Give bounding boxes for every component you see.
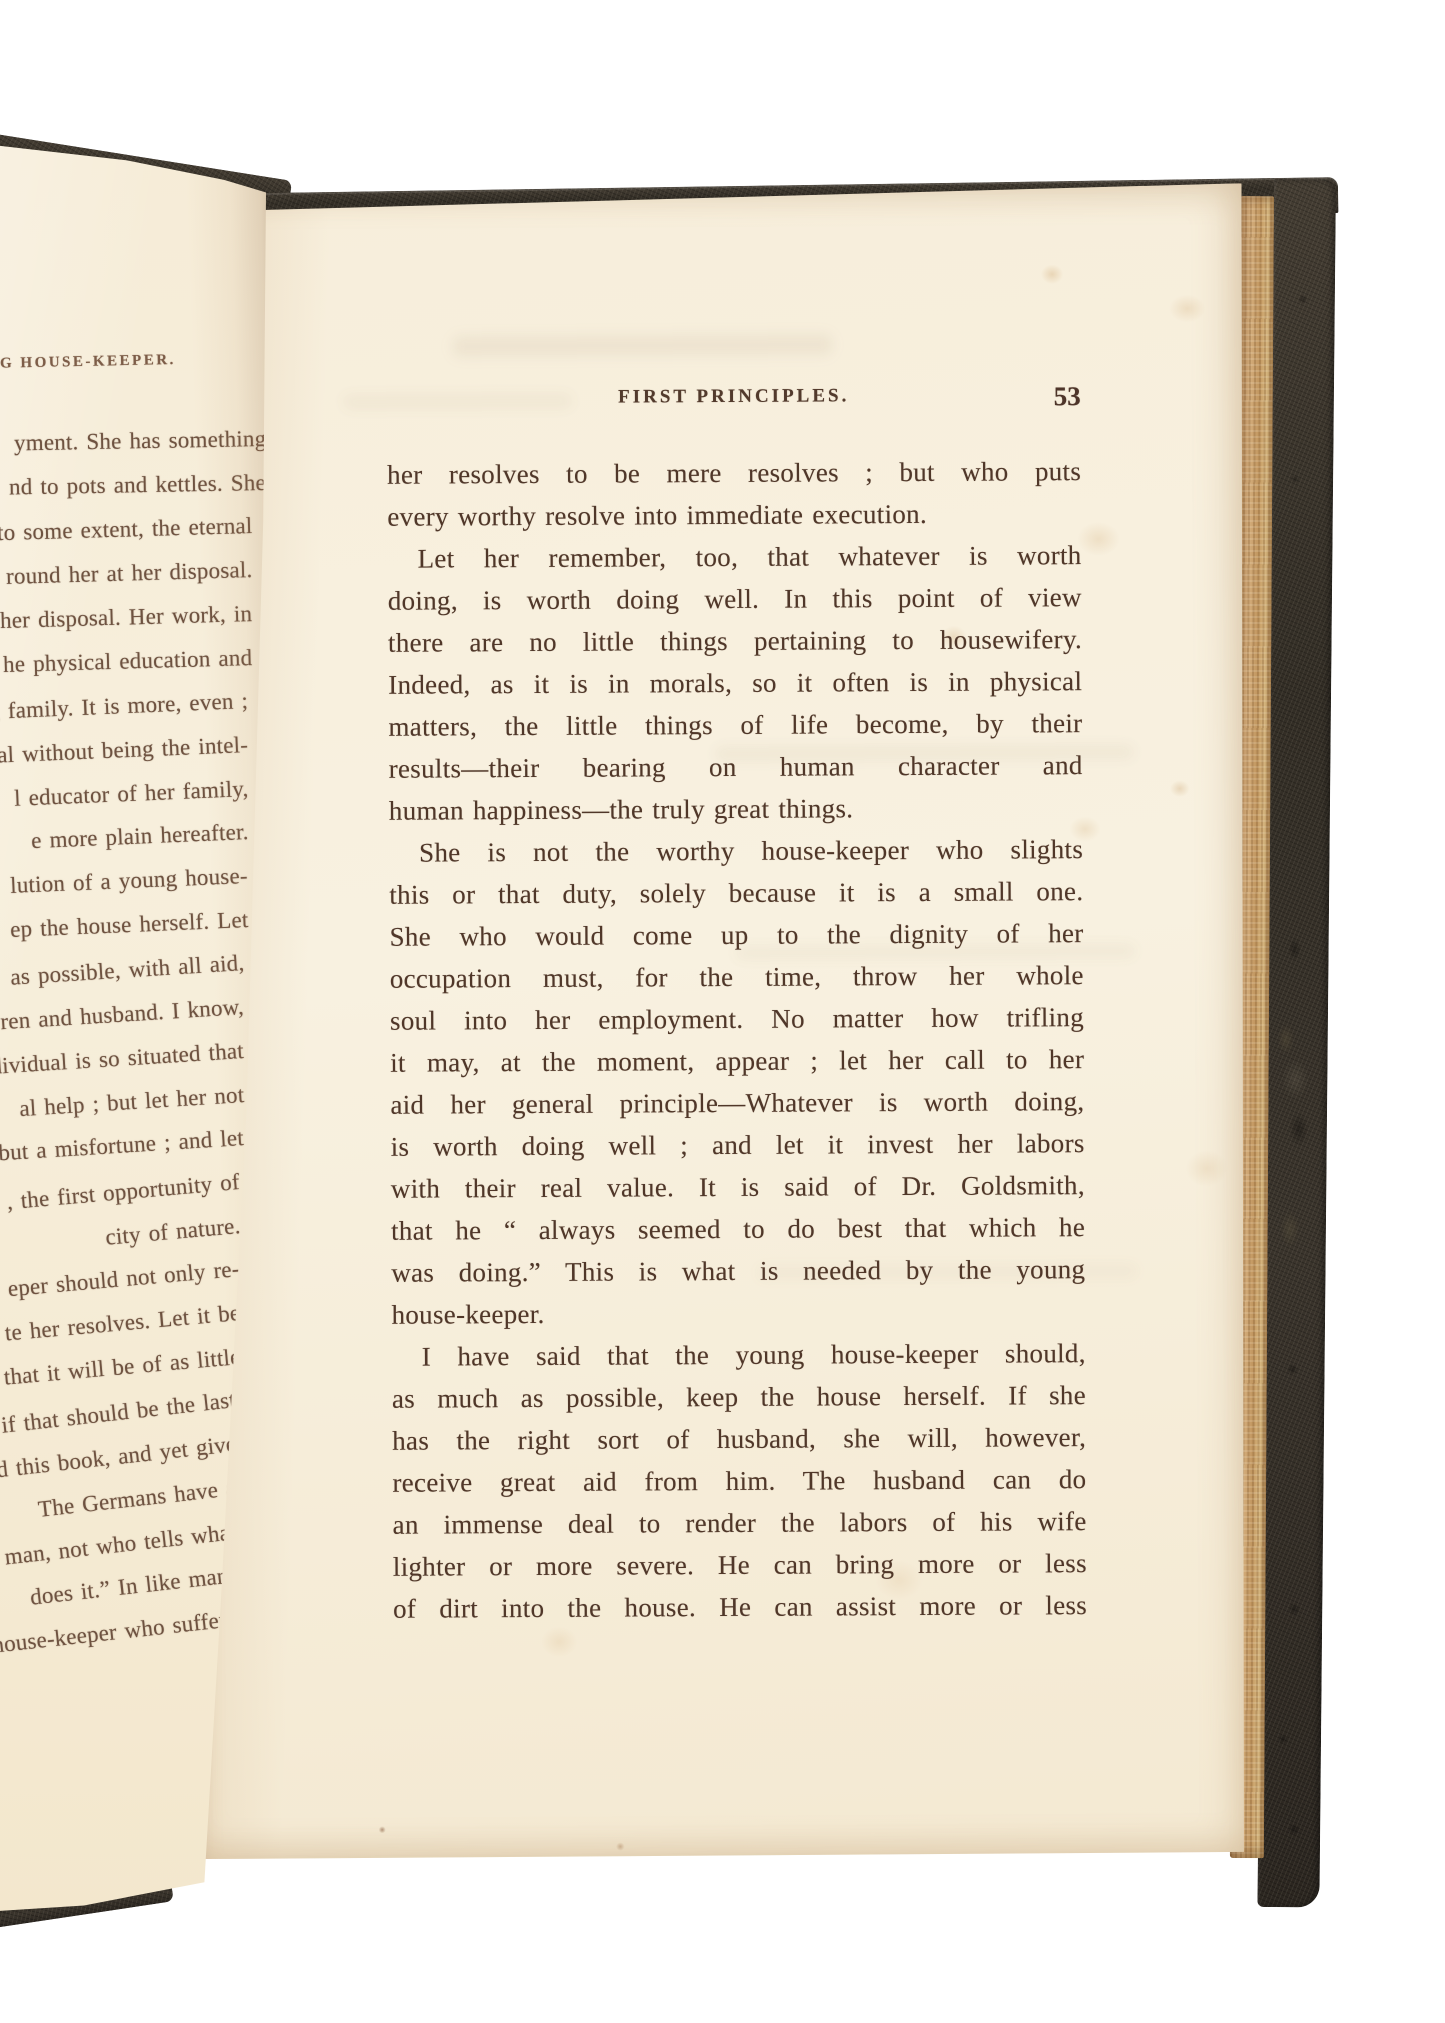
- left-page-line: dividual is so situated that: [0, 1036, 245, 1082]
- body-line: matters, the little things of life becom…: [388, 702, 1082, 748]
- left-page-line: but a misfortune ; and let: [0, 1123, 245, 1168]
- left-page-line: g family. It is more, even ;: [0, 686, 249, 727]
- right-page: FIRST PRINCIPLES. 53 her resolves to be …: [192, 183, 1253, 1860]
- body-line: She who would come up to the dignity of …: [389, 912, 1083, 958]
- left-page-line: e man, not who tells what: [0, 1517, 238, 1574]
- left-page-line: yment. She has something: [13, 424, 266, 458]
- left-page-line: al help ; but let her not: [18, 1080, 245, 1124]
- body-line: is worth doing well ; and let it invest …: [391, 1122, 1085, 1168]
- body-line: Indeed, as it is in morals, so it often …: [388, 660, 1082, 706]
- left-page-line: te her resolves. Let it be: [3, 1298, 241, 1348]
- body-line: She is not the worthy house-keeper who s…: [389, 828, 1083, 874]
- body-line: Let her remember, too, that whatever is …: [387, 534, 1081, 580]
- left-page-line: , the first opportunity of: [6, 1167, 241, 1217]
- left-page-line: ep the house herself. Let: [9, 905, 249, 945]
- left-page-line: if that should be the last: [0, 1385, 237, 1441]
- body-line: results—their bearing on human character…: [389, 744, 1083, 790]
- body-line: occupation must, for the time, throw her…: [390, 954, 1084, 1000]
- body-line: with their real value. It is said of Dr.…: [391, 1164, 1085, 1210]
- left-page-line: to some extent, the eternal: [0, 511, 252, 548]
- body-line: an immense deal to render the labors of …: [393, 1500, 1087, 1546]
- left-page-line: ical without being the intel-: [0, 730, 249, 771]
- body-line: human happiness—the truly great things.: [389, 786, 1083, 832]
- left-page-line: lution of a young house-: [10, 861, 249, 901]
- body-line: receive great aid from him. The husband …: [392, 1458, 1086, 1504]
- left-page-line: ren and husband. I know,: [0, 992, 245, 1037]
- left-page-line: nd to pots and kettles. She: [9, 468, 266, 502]
- left-page-line: house-keeper who suffers: [0, 1604, 238, 1661]
- left-page-line: does it.” In like man-: [28, 1560, 237, 1613]
- left-page-line: d this book, and yet give: [0, 1429, 238, 1485]
- left-page-line: round her at her disposal.: [5, 555, 252, 592]
- running-head: FIRST PRINCIPLES.: [387, 384, 1081, 410]
- left-page-line: The Germans have a: [36, 1473, 237, 1525]
- body-line: her resolves to be mere resolves ; but w…: [387, 450, 1081, 496]
- body-line: it may, at the moment, appear ; let her …: [390, 1038, 1084, 1084]
- left-page-line: city of nature.: [104, 1211, 241, 1253]
- body-line: was doing.” This is what is needed by th…: [391, 1248, 1085, 1294]
- body-line: lighter or more severe. He can bring mor…: [393, 1542, 1087, 1588]
- left-page-line: that it will be of as little: [2, 1342, 241, 1393]
- left-page-line: eper should not only re-: [7, 1254, 241, 1304]
- body-line: this or that duty, solely because it is …: [389, 870, 1083, 916]
- body-line: I have said that the young house-keeper …: [392, 1332, 1086, 1378]
- left-page-line: he physical education and: [2, 643, 252, 680]
- page-header: FIRST PRINCIPLES. 53: [387, 384, 1081, 424]
- body-line: aid her general principle—Whatever is wo…: [390, 1080, 1084, 1126]
- body-text: her resolves to be mere resolves ; but w…: [387, 450, 1087, 1630]
- body-line: of dirt into the house. He can assist mo…: [393, 1584, 1087, 1630]
- body-line: there are no little things pertaining to…: [388, 618, 1082, 664]
- body-line: as much as possible, keep the house hers…: [392, 1374, 1086, 1420]
- left-page-line: her disposal. Her work, in: [0, 599, 252, 636]
- body-line: every worthy resolve into immediate exec…: [387, 492, 1081, 538]
- body-line: has the right sort of husband, she will,…: [392, 1416, 1086, 1462]
- body-line: house-keeper.: [391, 1290, 1085, 1336]
- left-page-line: as possible, with all aid,: [9, 948, 245, 993]
- body-line: doing, is worth doing well. In this poin…: [388, 576, 1082, 622]
- page-number: 53: [1054, 381, 1081, 412]
- body-line: that he “ always seemed to do best that …: [391, 1206, 1085, 1252]
- left-page-line: e more plain hereafter.: [30, 817, 249, 856]
- body-line: soul into her employment. No matter how …: [390, 996, 1084, 1042]
- show-through-smudge: [452, 333, 832, 357]
- book-photograph: G HOUSE-KEEPER. yment. She has something…: [0, 0, 1445, 2023]
- left-page-line: l educator of her family,: [13, 774, 248, 814]
